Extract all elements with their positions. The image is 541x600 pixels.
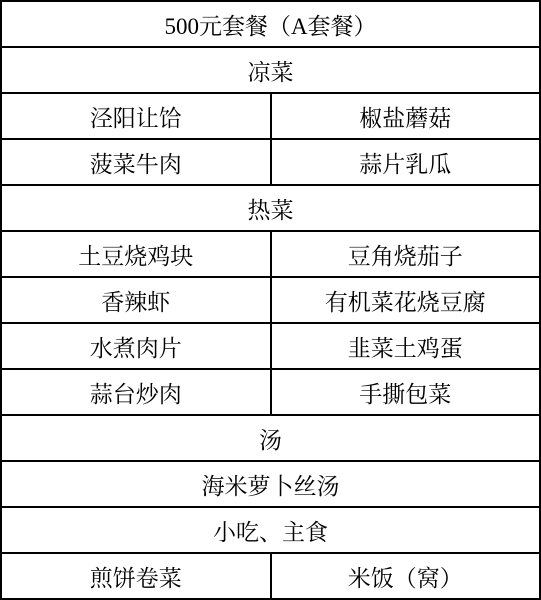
menu-item-cell: 有机菜花烧豆腐 [271,277,541,323]
menu-item-cell: 椒盐蘑菇 [271,93,541,139]
menu-item-cell: 米饭（窝） [271,553,541,599]
table-row: 土豆烧鸡块 豆角烧茄子 [1,231,540,277]
table-row: 热菜 [1,185,540,231]
menu-table: 500元套餐（A套餐） 凉菜 泾阳让饸 椒盐蘑菇 菠菜牛肉 蒜片乳瓜 热菜 土豆… [0,0,541,600]
section-header-cold-dishes: 凉菜 [1,47,540,93]
table-row: 海米萝卜丝汤 [1,461,540,507]
section-header-hot-dishes: 热菜 [1,185,540,231]
menu-item-cell: 煎饼卷菜 [1,553,271,599]
menu-item-cell: 手撕包菜 [271,369,541,415]
menu-item-cell: 蒜片乳瓜 [271,139,541,185]
menu-item-cell: 泾阳让饸 [1,93,271,139]
menu-item-cell: 水煮肉片 [1,323,271,369]
table-row: 汤 [1,415,540,461]
table-row: 泾阳让饸 椒盐蘑菇 [1,93,540,139]
section-header-soup: 汤 [1,415,540,461]
menu-item-cell: 韭菜土鸡蛋 [271,323,541,369]
menu-item-cell: 豆角烧茄子 [271,231,541,277]
menu-item-cell: 菠菜牛肉 [1,139,271,185]
table-row: 蒜台炒肉 手撕包菜 [1,369,540,415]
table-row: 500元套餐（A套餐） [1,1,540,47]
table-row: 煎饼卷菜 米饭（窝） [1,553,540,599]
table-row: 水煮肉片 韭菜土鸡蛋 [1,323,540,369]
menu-title: 500元套餐（A套餐） [1,1,540,47]
menu-item-cell: 蒜台炒肉 [1,369,271,415]
table-row: 菠菜牛肉 蒜片乳瓜 [1,139,540,185]
menu-item-cell: 香辣虾 [1,277,271,323]
section-header-snacks-staple: 小吃、主食 [1,507,540,553]
table-row: 香辣虾 有机菜花烧豆腐 [1,277,540,323]
menu-item-cell-full: 海米萝卜丝汤 [1,461,540,507]
menu-item-cell: 土豆烧鸡块 [1,231,271,277]
table-row: 凉菜 [1,47,540,93]
table-row: 小吃、主食 [1,507,540,553]
